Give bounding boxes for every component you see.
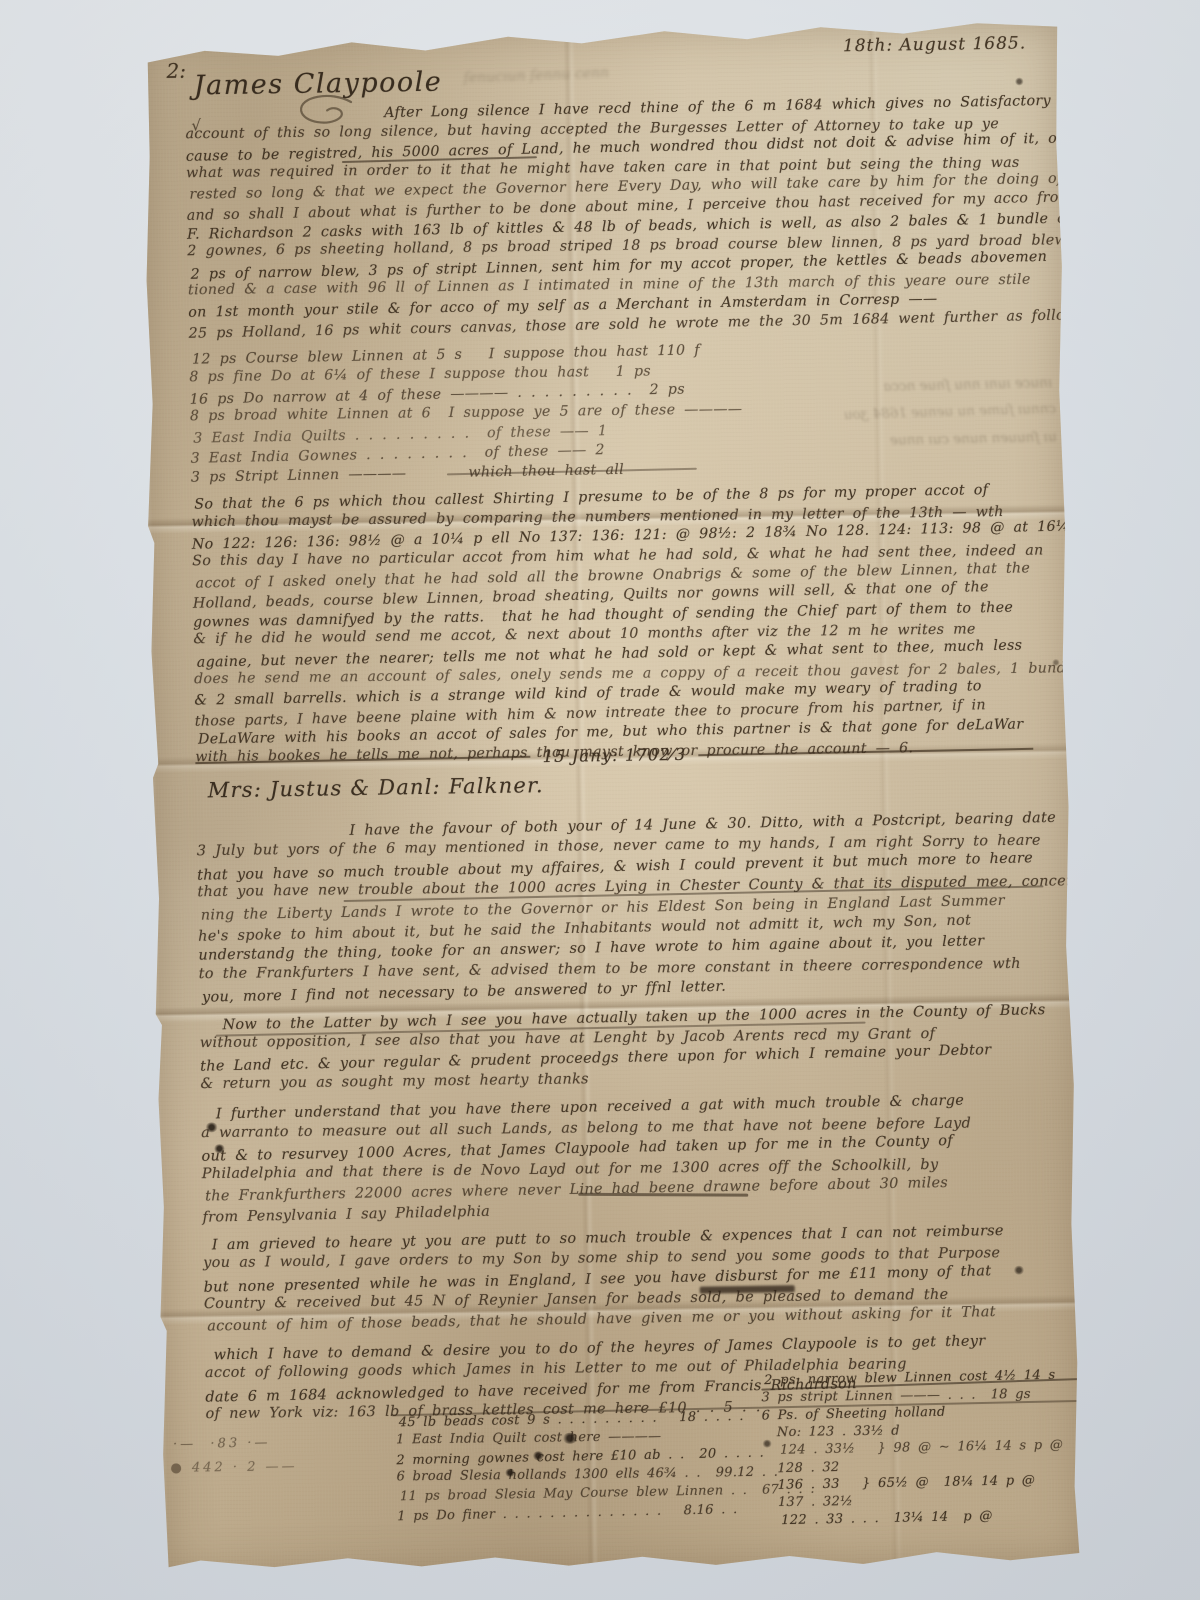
accounts-table: 45 lb beads cost 9 s . . . . . . . . . 1… <box>206 1403 1058 1527</box>
manuscript-line: ● 442 · 2 —— <box>170 1455 297 1481</box>
paragraph: I am grieved to heare yt you are putt to… <box>203 1221 1050 1336</box>
addressee-heading-falkner: Mrs: Justus & Danl: Falkner. <box>208 773 544 802</box>
paragraph: Now to the Latter by wch I see you have … <box>199 1001 1046 1096</box>
ink-blot <box>1015 77 1024 85</box>
divider-rule <box>195 755 530 763</box>
goods-list: 12 ps Course blew Linnen at 5 s I suppos… <box>189 336 1037 486</box>
margin-tally-marks: ·— ·83 ·—● 442 · 2 —— <box>170 1431 298 1481</box>
letter-date-1685: 18th: August 1685. <box>843 33 1027 56</box>
photograph-background: ſenucıun ſennu cenn ınuce ıunı nnu ſnue … <box>0 0 1200 1600</box>
paragraph: I further understand that you have there… <box>201 1090 1049 1226</box>
manuscript-line: ·— ·83 ·— <box>173 1431 298 1457</box>
letter-body-1685: After Long silence I have recd thine of … <box>185 93 1041 777</box>
manuscript-line: ſenucıun ſennu cenn <box>463 57 761 90</box>
page-number: 2: <box>166 59 186 83</box>
paragraph: So that the 6 ps which thou callest Shir… <box>191 482 1041 770</box>
divider-date-1702: 15 Jany: 1702⁄3 <box>542 745 686 766</box>
manuscript-paper: ſenucıun ſennu cenn ınuce ıunı nnu ſnue … <box>140 19 1084 1578</box>
bleed-through-text: ſenucıun ſennu cenn <box>460 57 761 89</box>
letter-body-1702: I have the favour of both your of 14 Jun… <box>196 809 1051 1434</box>
accounts-right-column: 2 ps: narrow blew Linnen cost 4½ 14 s3 p… <box>761 1367 1064 1529</box>
divider-rule <box>698 747 1033 755</box>
paragraph: I have the favour of both your of 14 Jun… <box>196 809 1045 1006</box>
paragraph: After Long silence I have recd thine of … <box>185 93 1035 341</box>
